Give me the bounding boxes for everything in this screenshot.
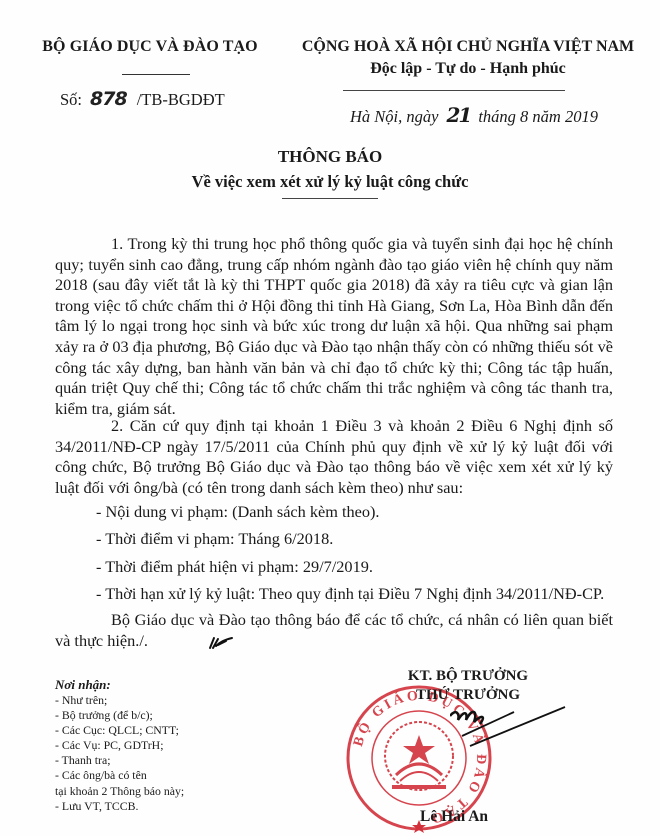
- recipient-item: - Lưu VT, TCCB.: [55, 799, 184, 814]
- bullet-discipline-deadline: - Thời hạn xử lý kỷ luật: Theo quy định …: [96, 584, 604, 604]
- national-title: CỘNG HOÀ XÃ HỘI CHỦ NGHĨA VIỆT NAM: [286, 38, 650, 56]
- paragraph-1: 1. Trong kỳ thi trung học phổ thông quốc…: [55, 234, 613, 419]
- paragraph-2: 2. Căn cứ quy định tại khoản 1 Điều 3 và…: [55, 416, 613, 498]
- document-type: THÔNG BÁO: [0, 147, 660, 167]
- national-motto: Độc lập - Tự do - Hạnh phúc: [286, 60, 650, 78]
- handwritten-signature-icon: [450, 688, 570, 768]
- handwritten-day: 21: [446, 103, 470, 127]
- recipient-item: - Thanh tra;: [55, 753, 184, 768]
- date-prefix: Hà Nội, ngày: [350, 107, 438, 126]
- recipient-item: - Các Vụ: PC, GDTrH;: [55, 738, 184, 753]
- date-suffix: tháng 8 năm 2019: [478, 107, 598, 126]
- bullet-detection-time: - Thời điểm phát hiện vi phạm: 29/7/2019…: [96, 557, 373, 577]
- subject-underline: [282, 198, 378, 199]
- signer-name: Lê Hải An: [420, 808, 488, 826]
- recipient-item: - Các ông/bà có tên: [55, 768, 184, 783]
- recipient-item: - Bộ trưởng (để b/c);: [55, 708, 184, 723]
- recipients-title: Nơi nhận:: [55, 676, 184, 693]
- handwritten-number: 878: [90, 88, 127, 110]
- issue-date: Hà Nội, ngày21tháng 8 năm 2019: [350, 103, 598, 127]
- recipients-list: Nơi nhận: - Như trên; - Bộ trưởng (để b/…: [55, 676, 184, 814]
- organization-underline: [122, 74, 190, 75]
- bullet-violation-content: - Nội dung vi phạm: (Danh sách kèm theo)…: [96, 502, 380, 522]
- document-subject: Về việc xem xét xử lý kỷ luật công chức: [0, 172, 660, 192]
- closing-text: Bộ Giáo dục và Đào tạo thông báo để các …: [55, 610, 613, 650]
- document-number: Số:878/TB-BGDĐT: [60, 88, 225, 110]
- number-suffix: /TB-BGDĐT: [137, 90, 225, 109]
- handwritten-initials-icon: [152, 635, 178, 649]
- recipient-item: tại khoản 2 Thông báo này;: [55, 784, 184, 799]
- issuing-organization: BỘ GIÁO DỤC VÀ ĐÀO TẠO: [30, 38, 270, 56]
- closing-paragraph: Bộ Giáo dục và Đào tạo thông báo để các …: [55, 610, 613, 651]
- number-label: Số:: [60, 90, 82, 109]
- signer-title-primary: KT. BỘ TRƯỞNG: [402, 668, 534, 685]
- recipient-item: - Các Cục: QLCL; CNTT;: [55, 723, 184, 738]
- motto-underline: [343, 90, 565, 91]
- bullet-violation-time: - Thời điểm vi phạm: Tháng 6/2018.: [96, 529, 333, 549]
- recipient-item: - Như trên;: [55, 693, 184, 708]
